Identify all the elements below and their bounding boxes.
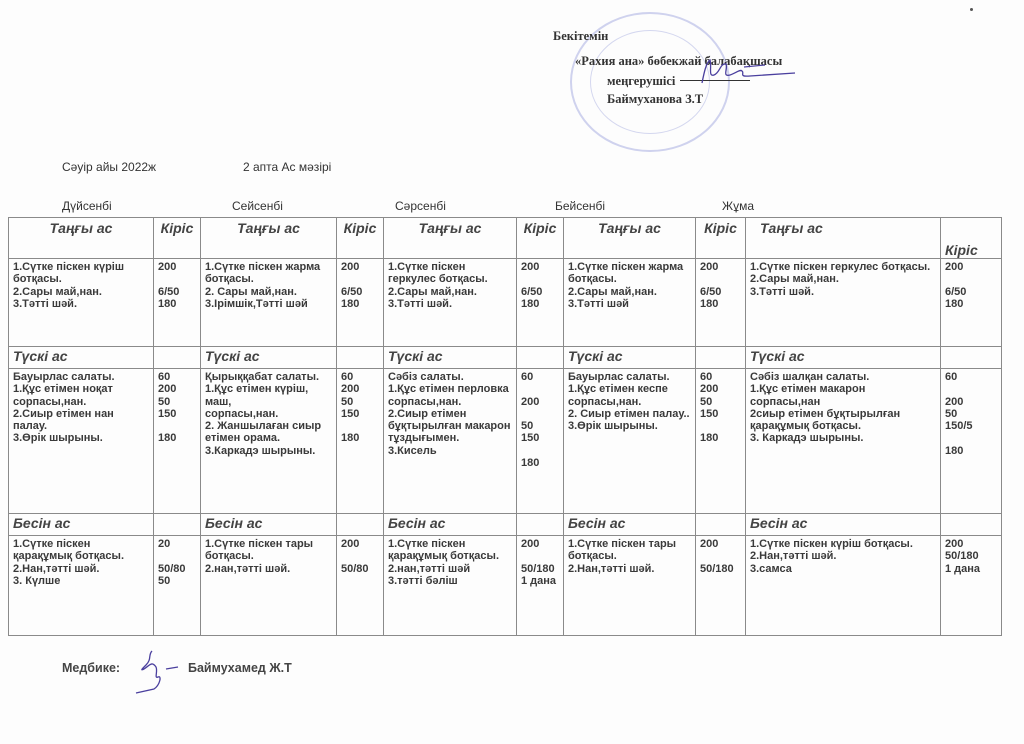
section-label-snack: Бесін ас [384, 514, 517, 536]
empty-cell [337, 514, 384, 536]
breakfast-qty: 200 6/50 180 [337, 259, 384, 347]
snack-dish: 1.Сүтке піскен тары ботқасы. 2.Нан,тәтті… [564, 536, 696, 636]
scan-speck [970, 8, 973, 11]
approval-name: Баймуханова З.Т [607, 93, 703, 106]
snack-qty: 200 50/80 [337, 536, 384, 636]
day-monday: Дүйсенбі [62, 199, 112, 213]
column-header-qty: Кіріс [517, 218, 564, 259]
table-header-row: Таңғы ас Кіріс Таңғы ас Кіріс Таңғы ас К… [9, 218, 1002, 259]
day-friday: Жұма [722, 199, 754, 213]
lunch-dish: Бауырлас салаты. 1.Құс етімен ноқат сорп… [9, 369, 154, 514]
empty-cell [517, 514, 564, 536]
approval-title: Бекітемін [553, 30, 608, 43]
section-label-snack: Бесін ас [746, 514, 941, 536]
snack-qty: 200 50/180 [696, 536, 746, 636]
breakfast-dish: 1.Сүтке піскен геркулес ботқасы. 2.Сары … [746, 259, 941, 347]
snack-qty: 200 50/180 1 дана [517, 536, 564, 636]
day-tuesday: Сейсенбі [232, 199, 283, 213]
section-label-lunch: Түскі ас [201, 347, 337, 369]
empty-cell [154, 347, 201, 369]
breakfast-dish: 1.Сүтке піскен жарма ботқасы. 2. Сары ма… [201, 259, 337, 347]
column-header-qty: Кіріс [941, 218, 1002, 259]
empty-cell [696, 347, 746, 369]
snack-qty: 20 50/80 50 [154, 536, 201, 636]
column-header-qty: Кіріс [154, 218, 201, 259]
empty-cell [517, 347, 564, 369]
empty-cell [337, 347, 384, 369]
lunch-dish: Қырыққабат салаты. 1.Құс етімен күріш, м… [201, 369, 337, 514]
empty-cell [941, 347, 1002, 369]
section-label-lunch: Түскі ас [746, 347, 941, 369]
column-header-breakfast: Таңғы ас [201, 218, 337, 259]
lunch-qty: 60 200 50 150 180 [696, 369, 746, 514]
section-label-snack: Бесін ас [201, 514, 337, 536]
breakfast-dish: 1.Сүтке піскен геркулес ботқасы. 2.Сары … [384, 259, 517, 347]
menu-table: Таңғы ас Кіріс Таңғы ас Кіріс Таңғы ас К… [8, 217, 1002, 636]
column-header-breakfast: Таңғы ас [564, 218, 696, 259]
section-label-snack: Бесін ас [564, 514, 696, 536]
day-wednesday: Сәрсенбі [395, 199, 446, 213]
empty-cell [154, 514, 201, 536]
column-header-qty: Кіріс [696, 218, 746, 259]
column-header-qty: Кіріс [337, 218, 384, 259]
lunch-qty: 60 200 50 150 180 [154, 369, 201, 514]
empty-cell [696, 514, 746, 536]
breakfast-dish: 1.Сүтке піскен жарма ботқасы. 2.Сары май… [564, 259, 696, 347]
week-title: 2 апта Ас мәзірі [243, 160, 331, 174]
approval-role: меңгерушісі [607, 75, 675, 88]
lunch-dish: Бауырлас салаты. 1.Құс етімен кеспе сорп… [564, 369, 696, 514]
table-row-snack: 1.Сүтке піскен қарақұмық ботқасы. 2.Нан,… [9, 536, 1002, 636]
column-header-breakfast: Таңғы ас [384, 218, 517, 259]
empty-cell [941, 514, 1002, 536]
column-header-breakfast: Таңғы ас [746, 218, 941, 259]
section-row-snack: Бесін ас Бесін ас Бесін ас Бесін ас Бесі… [9, 514, 1002, 536]
lunch-qty: 60 200 50 150 180 [517, 369, 564, 514]
section-label-snack: Бесін ас [9, 514, 154, 536]
lunch-qty: 60 200 50 150 180 [337, 369, 384, 514]
breakfast-qty: 200 6/50 180 [154, 259, 201, 347]
nurse-label: Медбике: [62, 661, 120, 675]
director-signature-icon [690, 55, 800, 90]
lunch-dish: Сәбіз салаты. 1.Құс етімен перловка сорп… [384, 369, 517, 514]
snack-qty: 200 50/180 1 дана [941, 536, 1002, 636]
table-row-breakfast: 1.Сүтке піскен күріш ботқасы. 2.Сары май… [9, 259, 1002, 347]
month-label: Сәуір айы 2022ж [62, 160, 156, 174]
column-header-breakfast: Таңғы ас [9, 218, 154, 259]
lunch-dish: Сәбіз шалқан салаты. 1.Құс етімен макаро… [746, 369, 941, 514]
section-row-lunch: Түскі ас Түскі ас Түскі ас Түскі ас Түск… [9, 347, 1002, 369]
nurse-name: Баймухамед Ж.Т [188, 661, 292, 675]
section-label-lunch: Түскі ас [384, 347, 517, 369]
lunch-qty: 60 200 50 150/5 180 [941, 369, 1002, 514]
breakfast-dish: 1.Сүтке піскен күріш ботқасы. 2.Сары май… [9, 259, 154, 347]
breakfast-qty: 200 6/50 180 [696, 259, 746, 347]
table-row-lunch: Бауырлас салаты. 1.Құс етімен ноқат сорп… [9, 369, 1002, 514]
breakfast-qty: 200 6/50 180 [517, 259, 564, 347]
section-label-lunch: Түскі ас [9, 347, 154, 369]
snack-dish: 1.Сүтке піскен тары ботқасы. 2.нан,тәтті… [201, 536, 337, 636]
section-label-lunch: Түскі ас [564, 347, 696, 369]
snack-dish: 1.Сүтке піскен қарақұмық ботқасы. 2.Нан,… [9, 536, 154, 636]
breakfast-qty: 200 6/50 180 [941, 259, 1002, 347]
nurse-signature-icon [130, 645, 190, 695]
menu-document-page: Бекітемін «Рахия ана» бөбекжай балабақша… [0, 0, 1024, 744]
snack-dish: 1.Сүтке піскен күріш ботқасы. 2.Нан,тәтт… [746, 536, 941, 636]
day-thursday: Бейсенбі [555, 199, 605, 213]
snack-dish: 1.Сүтке піскен қарақұмық ботқасы. 2.нан,… [384, 536, 517, 636]
